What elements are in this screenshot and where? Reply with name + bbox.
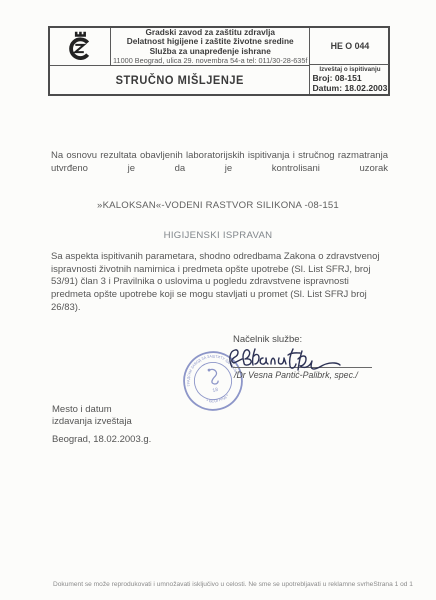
legal-paragraph: Sa aspekta ispitivanih parametara, shodn…: [51, 251, 383, 315]
svg-text:• БЕОГРАД •: • БЕОГРАД •: [205, 392, 231, 406]
issue-place-date-value: Beograd, 18.02.2003.g.: [52, 434, 151, 445]
institution-address: 11000 Beograd, ulica 29. novembra 54-a t…: [113, 56, 307, 65]
report-label: Izveštaj o ispitivanju: [312, 66, 387, 73]
verdict-text: HIGIJENSKI ISPRAVAN: [48, 230, 388, 241]
institution-block: Gradski zavod za zaštitu zdravlja Delatn…: [111, 28, 309, 65]
footer: Dokument se može reprodukovati i umnožav…: [53, 581, 378, 588]
issue-label-line1: Mesto i datum: [52, 404, 132, 416]
report-info-box: Izveštaj o ispitivanju Broj: 08-151 Datu…: [310, 65, 389, 94]
document-page: Gradski zavod za zaštitu zdravlja Delatn…: [0, 0, 436, 600]
intro-paragraph: Na osnovu rezultata obavljenih laborator…: [51, 149, 388, 188]
page-indicator: Strana 1 od 1: [373, 581, 413, 588]
footer-note: Dokument se može reprodukovati i umnožav…: [53, 581, 373, 588]
document-title-cell: STRUČNO MIŠLJENJE: [50, 66, 309, 94]
handwritten-signature: [226, 343, 346, 373]
header-right-column: HE O 044 Izveštaj o ispitivanju Broj: 08…: [309, 28, 389, 94]
institute-emblem-icon: [63, 30, 97, 64]
stamp-center-number: 18: [212, 387, 219, 394]
issue-place-date-label: Mesto i datum izdavanja izveštaja: [52, 404, 132, 429]
header-left-column: Gradski zavod za zaštitu zdravlja Delatn…: [50, 28, 309, 94]
report-date: Datum: 18.02.2003: [312, 83, 387, 93]
form-code: HE O 044: [310, 28, 389, 65]
header-table: Gradski zavod za zaštitu zdravlja Delatn…: [48, 26, 390, 96]
signer-name: /Dr Vesna Pantić-Palibrk, spec./: [234, 370, 358, 380]
institution-service: Služba za unapređenje ishrane: [150, 47, 271, 56]
sample-title: »KALOKSAN«-VODENI RASTVOR SILIKONA -08-1…: [48, 200, 388, 211]
logo-cell: [50, 28, 111, 65]
header-top-row: Gradski zavod za zaštitu zdravlja Delatn…: [50, 28, 309, 66]
issue-label-line2: izdavanja izveštaja: [52, 416, 132, 428]
document-title: STRUČNO MIŠLJENJE: [116, 73, 244, 87]
stamp-bottom-text: • БЕОГРАД •: [205, 392, 231, 406]
report-number: Broj: 08-151: [312, 73, 387, 83]
asclepius-snake-icon: [209, 368, 219, 384]
